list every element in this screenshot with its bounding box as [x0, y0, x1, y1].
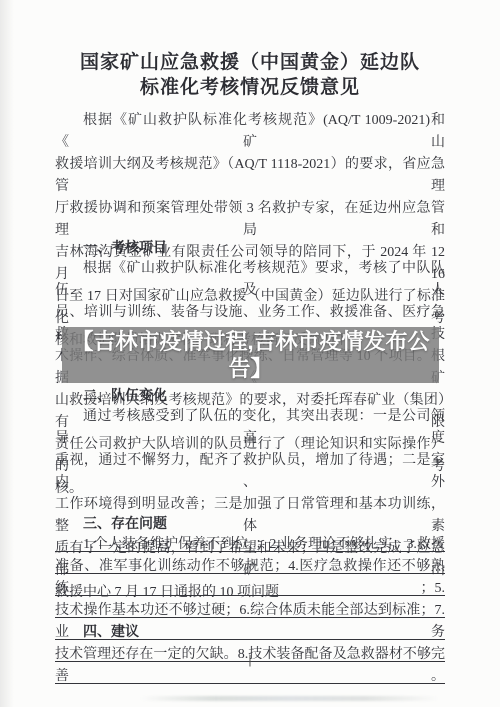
- document-title: 国家矿山应急救援（中国黄金）延边队 标准化考核情况反馈意见: [0, 50, 500, 100]
- scan-edge-shade: [0, 0, 14, 707]
- text-line: 根据《矿山救护队标准化考核规范》要求，考核了中队队伍及人: [55, 258, 445, 302]
- text-line: 通过考核感受到了队伍的变化，其突出表现：一是公司领导高度: [55, 406, 445, 450]
- document-title-line2: 标准化考核情况反馈意见: [0, 75, 500, 100]
- section-heading: 三、存在问题: [55, 512, 445, 534]
- document-title-line1: 国家矿山应急救援（中国黄金）延边队: [0, 50, 500, 75]
- scan-smudge: [140, 696, 440, 701]
- page-number-mark: |: [0, 654, 500, 668]
- text-line: 重视，通过不懈努力，配齐了救护队员，增加了待遇；二是室内、外: [55, 450, 445, 494]
- watermark-caption: 【吉林市疫情过程,吉林市疫情发布公告】: [62, 328, 439, 382]
- scanned-document-page: 国家矿山应急救援（中国黄金）延边队 标准化考核情况反馈意见 根据《矿山救护队标准…: [0, 0, 500, 707]
- watermark-overlay: 【吉林市疫情过程,吉林市疫情发布公告】: [62, 327, 439, 383]
- document-section: 四、建议: [55, 620, 445, 642]
- text-line: 救援培训大纲及考核规范》（AQ/T 1118-2021）的要求，省应急管理: [55, 154, 445, 198]
- section-heading: 一、考核项目: [55, 236, 445, 258]
- text-line: 准备、准军事化训练动作不够规范；4.医疗急救操作还不够熟练；5.: [55, 556, 445, 600]
- section-heading: 二、队伍变化: [55, 384, 445, 406]
- text-line: 根据《矿山救护队标准化考核规范》(AQ/T 1009-2021)和《矿山: [55, 110, 445, 154]
- section-heading: 四、建议: [55, 620, 445, 642]
- text-line: 1.个人装备维护保养不到位，；2.业务理论不够扎实；3.救援: [55, 534, 445, 556]
